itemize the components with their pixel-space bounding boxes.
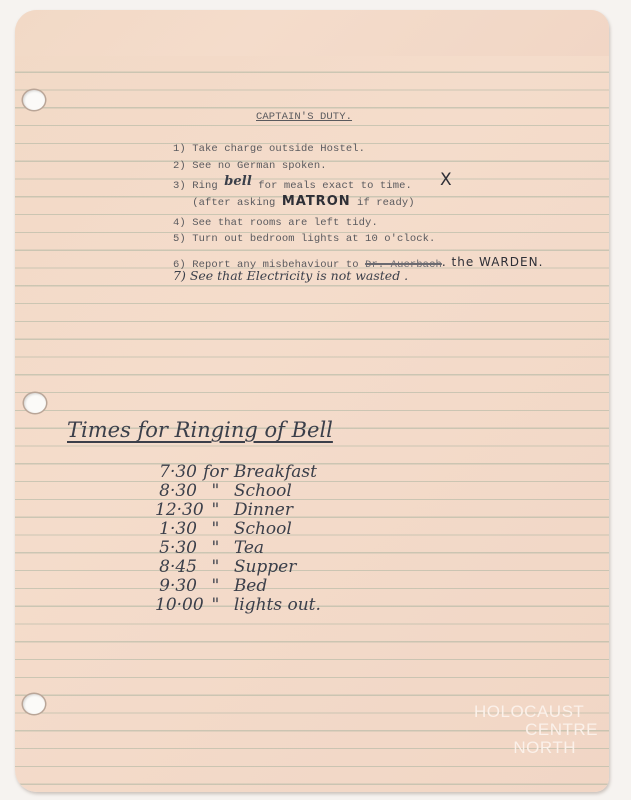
duty-item-4: 4) See that rooms are left tidy. <box>173 217 378 229</box>
holocaust-centre-north-watermark: HOLOCAUST CENTRE NORTH <box>474 703 604 757</box>
schedule-entry: 8·30 " School <box>155 481 292 501</box>
duty-item-3: 3) Ring bell for meals exact to time. <box>173 177 412 192</box>
schedule-entry: 10·00 " lights out. <box>155 595 321 615</box>
document-title: CAPTAIN'S DUTY. <box>256 111 352 123</box>
duty-item-1: 1) Take charge outside Hostel. <box>173 143 365 155</box>
bell-schedule-heading: Times for Ringing of Bell <box>67 418 333 442</box>
watermark-line-3: NORTH <box>474 739 604 757</box>
handwritten-bell: bell <box>224 174 252 189</box>
watermark-line-1: HOLOCAUST <box>474 703 604 721</box>
duty-item-7-handwritten: 7) See that Electricity is not wasted . <box>173 268 408 283</box>
duty-item-5: 5) Turn out bedroom lights at 10 o'clock… <box>173 233 435 245</box>
schedule-entry: 9·30 " Bed <box>155 576 267 596</box>
schedule-entry: 12·30 " Dinner <box>155 500 293 520</box>
punch-hole-middle <box>24 393 46 413</box>
duty-item-2: 2) See no German spoken. <box>173 160 327 172</box>
schedule-entry: 8·45 " Supper <box>155 557 296 577</box>
x-mark: X <box>440 170 453 190</box>
schedule-entry: 5·30 " Tea <box>155 538 264 558</box>
duty-item-3-continued: (after asking MATRON if ready) <box>173 194 415 209</box>
punch-hole-bottom <box>23 694 45 714</box>
punch-hole-top <box>23 90 45 110</box>
schedule-entry: 1·30 " School <box>155 519 292 539</box>
watermark-line-2: CENTRE <box>474 721 604 739</box>
handwritten-warden: . the WARDEN. <box>442 255 544 269</box>
handwritten-matron: MATRON <box>282 194 351 209</box>
notebook-page: CAPTAIN'S DUTY. 1) Take charge outside H… <box>15 10 609 792</box>
page-header-margin <box>15 10 609 56</box>
schedule-entry: 7·30 for Breakfast <box>155 462 317 482</box>
